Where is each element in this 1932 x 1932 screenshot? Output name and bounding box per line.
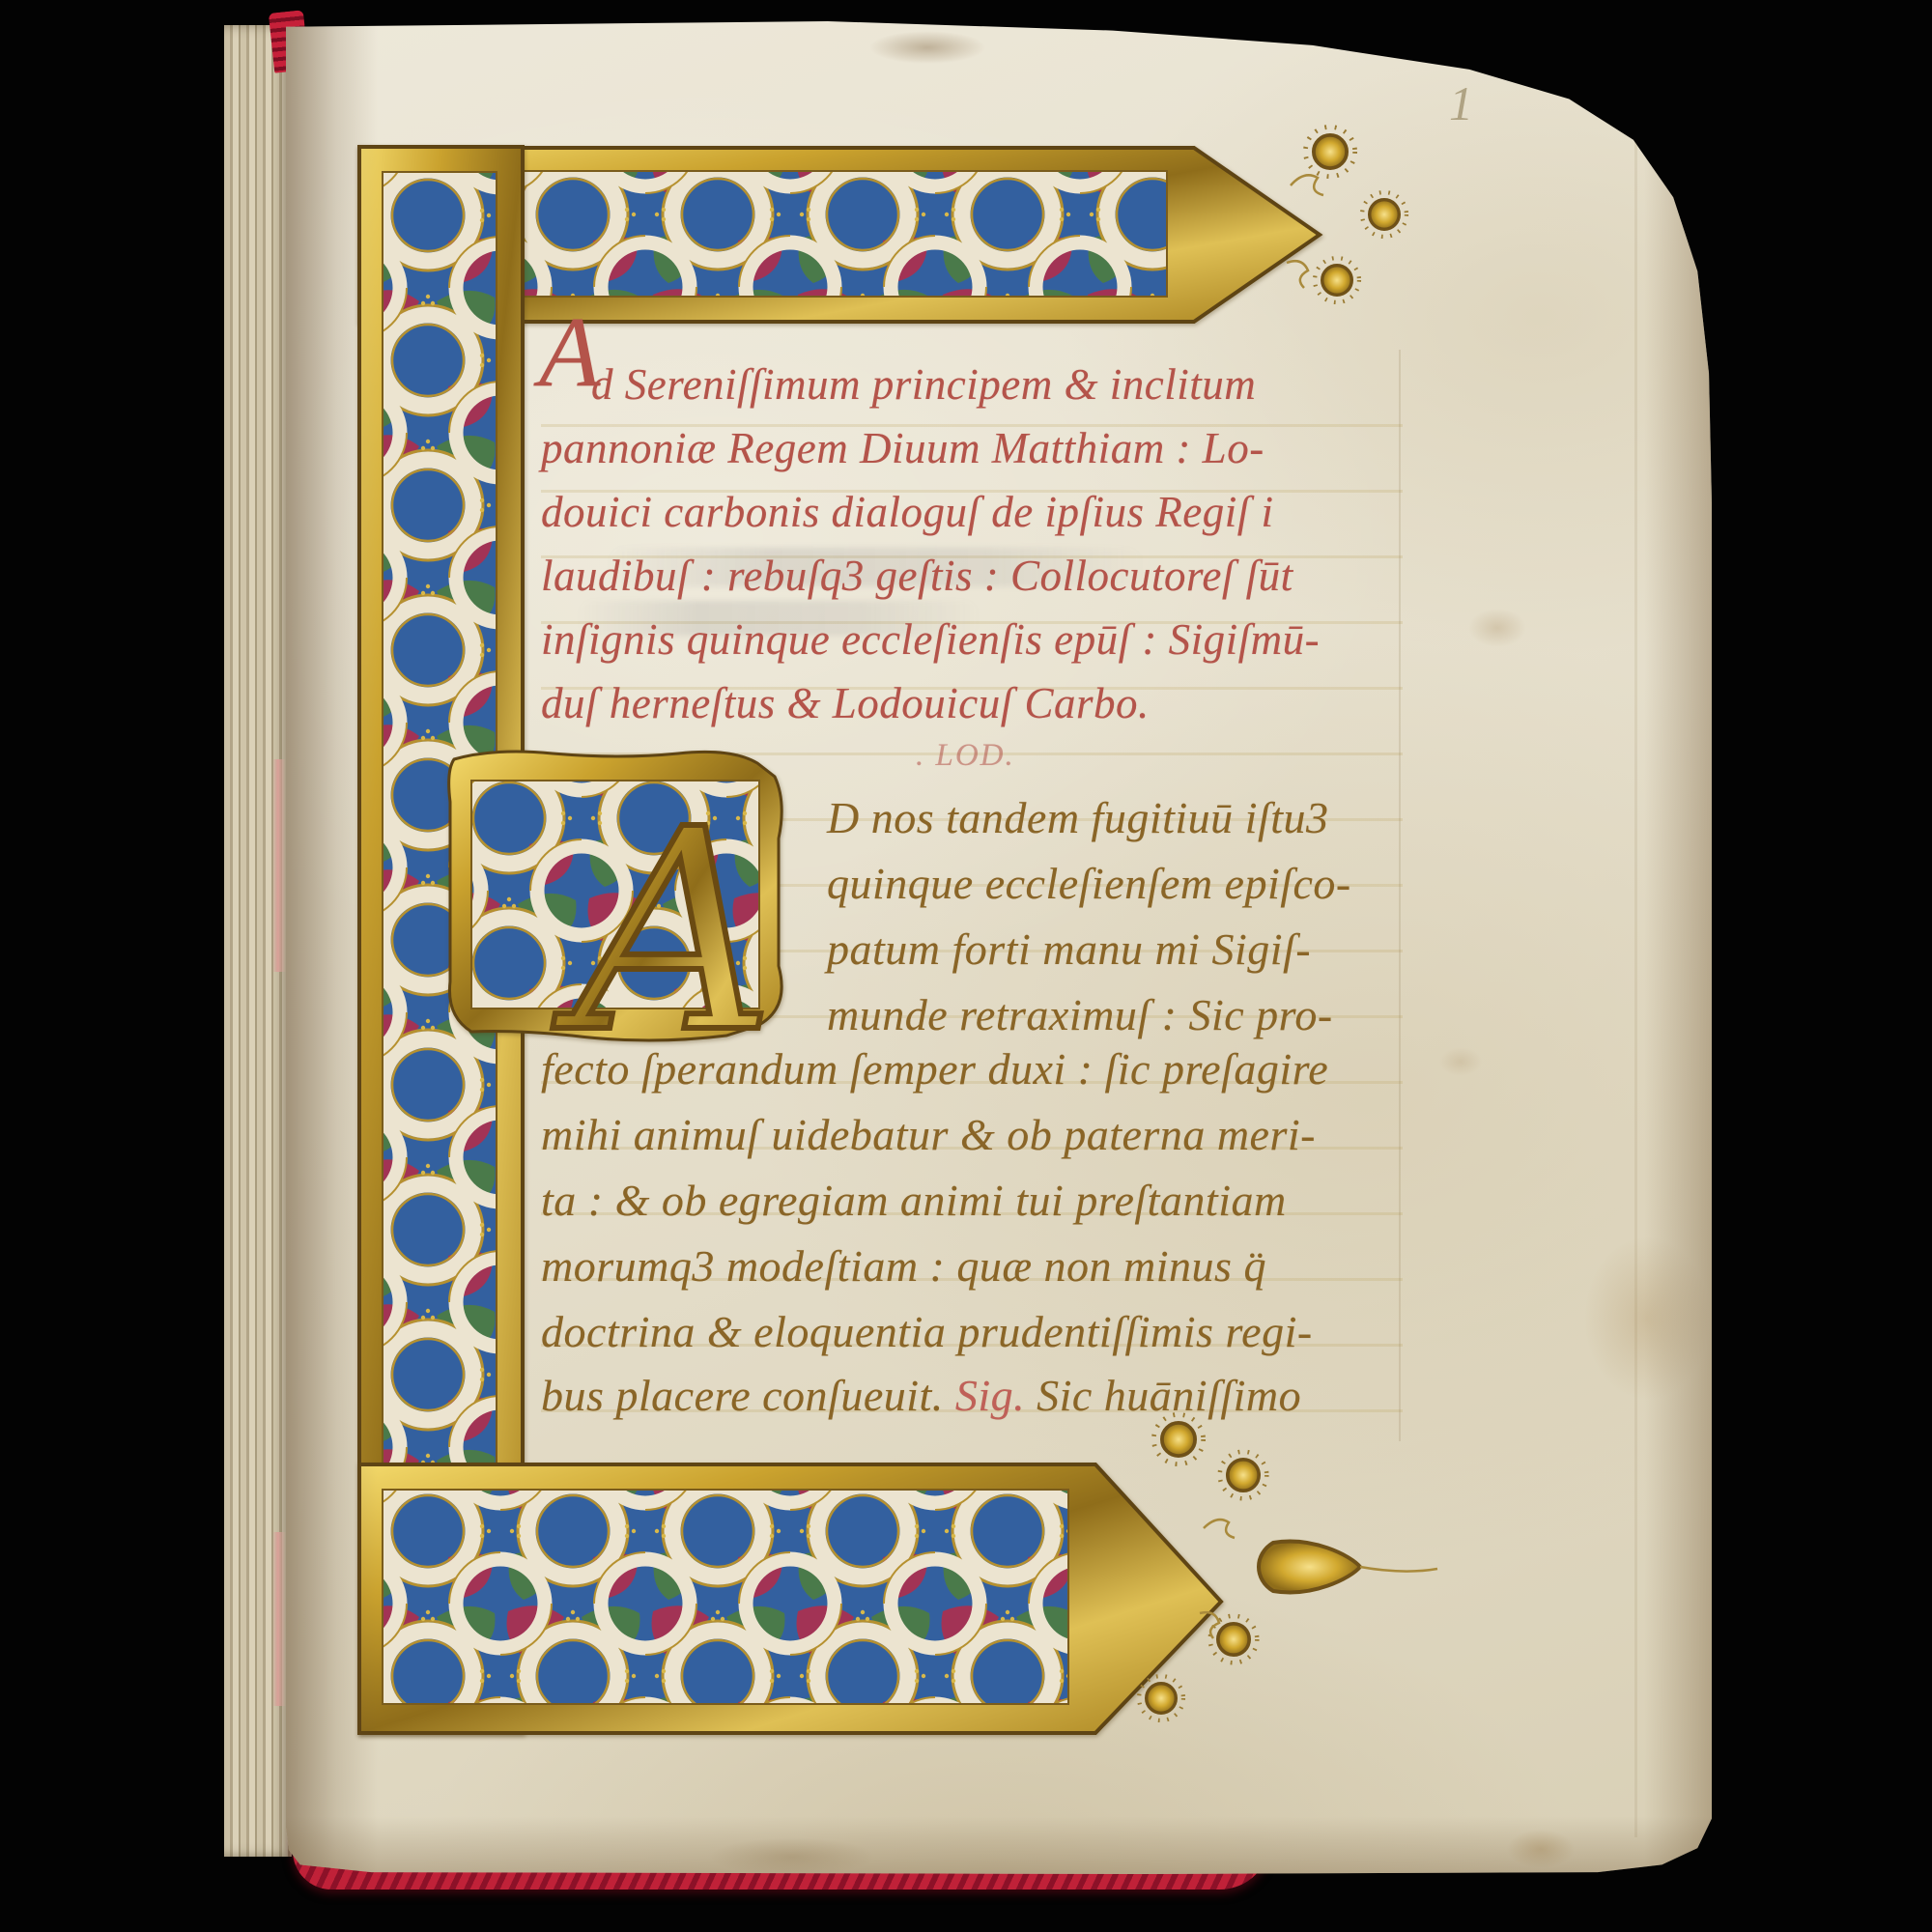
penwork-flourish	[1287, 175, 1323, 288]
fore-edge-shadow	[1644, 21, 1712, 1874]
stacked-page-edges	[224, 25, 292, 1857]
rubric-line: d Sereniſſimum principem & inclitum	[591, 359, 1256, 410]
rubric-line: duſ herneſtus & Lodouicuſ Carbo.	[541, 678, 1150, 728]
gold-besant	[1362, 192, 1406, 237]
body-line: quinque eccleſienſem epiſco-	[827, 858, 1351, 909]
pink-fore-edge	[272, 759, 286, 972]
body-line: fecto ſperandum ſemper duxi : ſic preſag…	[541, 1043, 1328, 1094]
body-last-before: bus placere conſueuit.	[541, 1371, 955, 1420]
rubric-line: inſignis quinque eccleſienſis epūſ : Sig…	[541, 614, 1320, 665]
stain	[869, 31, 985, 64]
gold-teardrop	[1259, 1542, 1437, 1593]
gold-besant	[1153, 1414, 1203, 1463]
body-line: D nos tandem fugitiuū iſtu3	[827, 792, 1329, 843]
stain	[1439, 1047, 1482, 1076]
body-line: morumq3 modeſtiam : quæ non minus q̈	[541, 1240, 1266, 1292]
body-last-after: Sic huāniſſimo	[1025, 1371, 1301, 1420]
body-line-last: bus placere conſueuit. Sig. Sic huāniſſi…	[541, 1370, 1301, 1421]
folio-number: 1	[1449, 75, 1474, 131]
body-line: ta : & ob egregiam animi tui preſtantiam	[541, 1175, 1287, 1226]
rubric-line: laudibuſ : rebuſq3 geſtis : Collocutoreſ…	[541, 551, 1293, 601]
body-line: munde retraximuſ : Sic pro-	[827, 989, 1333, 1040]
rubric-line: douici carbonis dialoguſ de ipſius Regiſ…	[541, 487, 1273, 537]
gold-besant	[1315, 258, 1359, 302]
gutter-shadow	[286, 21, 378, 1874]
body-line: doctrina & eloquentia prudentiſſimis reg…	[541, 1306, 1313, 1357]
gold-besant	[1305, 127, 1354, 176]
bottom-edge-shadow	[286, 1816, 1712, 1874]
manuscript-page: A 1 A d Sereniſſimum principem & inclitu…	[286, 21, 1712, 1874]
manuscript-photo: A 1 A d Sereniſſimum principem & inclitu…	[0, 0, 1932, 1932]
rubric-line: pannoniæ Regem Diuum Matthiam : Lo-	[541, 423, 1264, 473]
gold-besant	[1139, 1676, 1183, 1720]
speaker-label-lod: . LOD.	[916, 738, 1015, 774]
pink-fore-edge	[272, 1532, 286, 1706]
speaker-label-sig: Sig.	[955, 1371, 1025, 1420]
stain	[1468, 609, 1526, 647]
body-line: mihi animuſ uidebatur & ob paterna meri-	[541, 1109, 1316, 1160]
penwork-flourish	[1200, 1520, 1235, 1638]
gold-besant	[1220, 1452, 1267, 1499]
body-line: patum forti manu mi Sigiſ-	[827, 923, 1311, 975]
